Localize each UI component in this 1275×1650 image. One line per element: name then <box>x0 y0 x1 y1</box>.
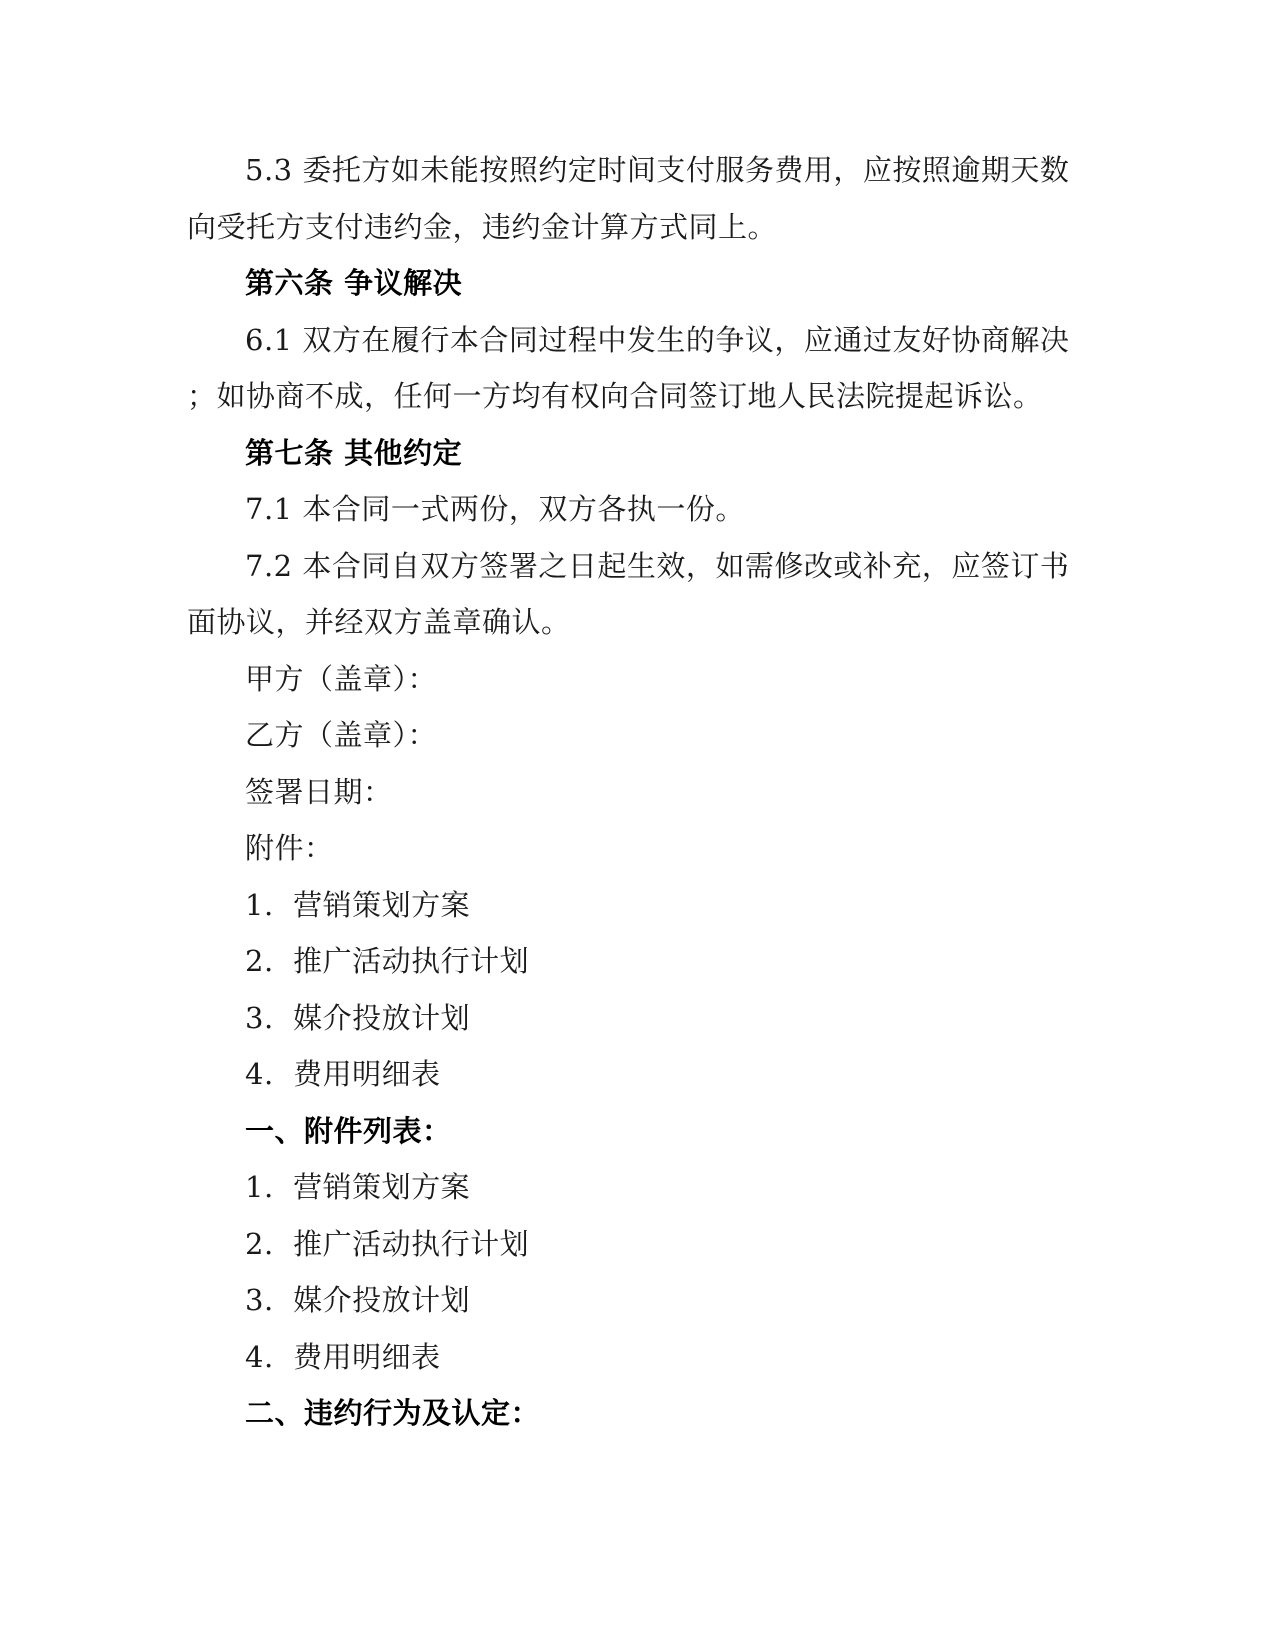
body-paragraph: 甲方（盖章）： <box>187 651 1147 708</box>
heading-paragraph: 第六条 争议解决 <box>187 255 1147 312</box>
body-paragraph: 2. 推广活动执行计划 <box>187 933 1147 990</box>
body-paragraph: 附件： <box>187 820 1147 877</box>
body-paragraph: 3. 媒介投放计划 <box>187 1272 1147 1329</box>
body-paragraph: 4. 费用明细表 <box>187 1329 1147 1386</box>
body-paragraph: 7.2 本合同自双方签署之日起生效，如需修改或补充，应签订书 面协议，并经双方盖… <box>187 538 1147 651</box>
body-paragraph: 1. 营销策划方案 <box>187 1159 1147 1216</box>
heading-paragraph: 一、附件列表： <box>187 1103 1147 1160</box>
body-paragraph: 1. 营销策划方案 <box>187 877 1147 934</box>
body-paragraph: 签署日期： <box>187 764 1147 821</box>
document-page: 5.3 委托方如未能按照约定时间支付服务费用，应按照逾期天数 向受托方支付违约金… <box>0 0 1275 1650</box>
body-paragraph: 5.3 委托方如未能按照约定时间支付服务费用，应按照逾期天数 向受托方支付违约金… <box>187 142 1147 255</box>
body-paragraph: 6.1 双方在履行本合同过程中发生的争议，应通过友好协商解决 ；如协商不成，任何… <box>187 312 1147 425</box>
document-content: 5.3 委托方如未能按照约定时间支付服务费用，应按照逾期天数 向受托方支付违约金… <box>187 142 1147 1442</box>
body-paragraph: 3. 媒介投放计划 <box>187 990 1147 1047</box>
body-paragraph: 2. 推广活动执行计划 <box>187 1216 1147 1273</box>
body-paragraph: 7.1 本合同一式两份，双方各执一份。 <box>187 481 1147 538</box>
body-paragraph: 乙方（盖章）： <box>187 707 1147 764</box>
heading-paragraph: 第七条 其他约定 <box>187 425 1147 482</box>
body-paragraph: 4. 费用明细表 <box>187 1046 1147 1103</box>
heading-paragraph: 二、违约行为及认定： <box>187 1385 1147 1442</box>
